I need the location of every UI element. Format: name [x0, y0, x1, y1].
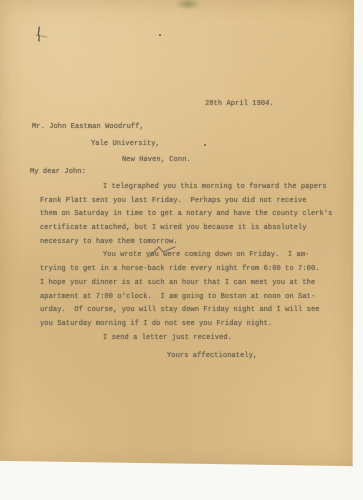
- closing-line: Yours affectionately,: [167, 352, 257, 360]
- letter-paper: 28th April 1904. Mr. John Eastman Woodru…: [0, 0, 354, 467]
- body-line: apartment at 7:00 o'clock. I am going to…: [40, 291, 355, 305]
- scanned-letter-page: 28th April 1904. Mr. John Eastman Woodru…: [0, 0, 363, 500]
- ink-speck-icon: [204, 144, 206, 146]
- date-line: 28th April 1904.: [205, 100, 274, 108]
- body-line: necessary to have them tomorrow.: [40, 236, 355, 250]
- body-line: you Saturday morning if I do not see you…: [40, 318, 355, 332]
- recipient-name: Mr. John Eastman Woodruff,: [32, 123, 144, 131]
- body-line: You wrote you were coming down on Friday…: [40, 249, 355, 263]
- body-line: trying to get in a horse-back ride every…: [40, 263, 355, 277]
- recipient-university: Yale University,: [91, 140, 160, 148]
- body-line: I hope your dinner is at such an hour th…: [40, 277, 355, 291]
- body-line: them on Saturday in time to get a notary…: [40, 208, 355, 222]
- body-line: I send a letter just received.: [40, 332, 355, 346]
- body-line: Frank Platt sent you last Friday. Perhap…: [40, 195, 355, 209]
- recipient-city: New Haven, Conn.: [122, 156, 191, 164]
- ink-speck-icon: [159, 34, 161, 36]
- green-smudge-icon: [170, 0, 206, 12]
- body-line: certificate attached, but I wired you be…: [40, 222, 355, 236]
- body-line: urday. Of course, you will stay down Fri…: [40, 304, 355, 318]
- pencil-scribble-icon: [33, 25, 51, 45]
- salutation: My dear John:: [30, 168, 86, 176]
- letter-body: I telegraphed you this morning to forwar…: [40, 181, 355, 345]
- body-line: I telegraphed you this morning to forwar…: [40, 181, 355, 195]
